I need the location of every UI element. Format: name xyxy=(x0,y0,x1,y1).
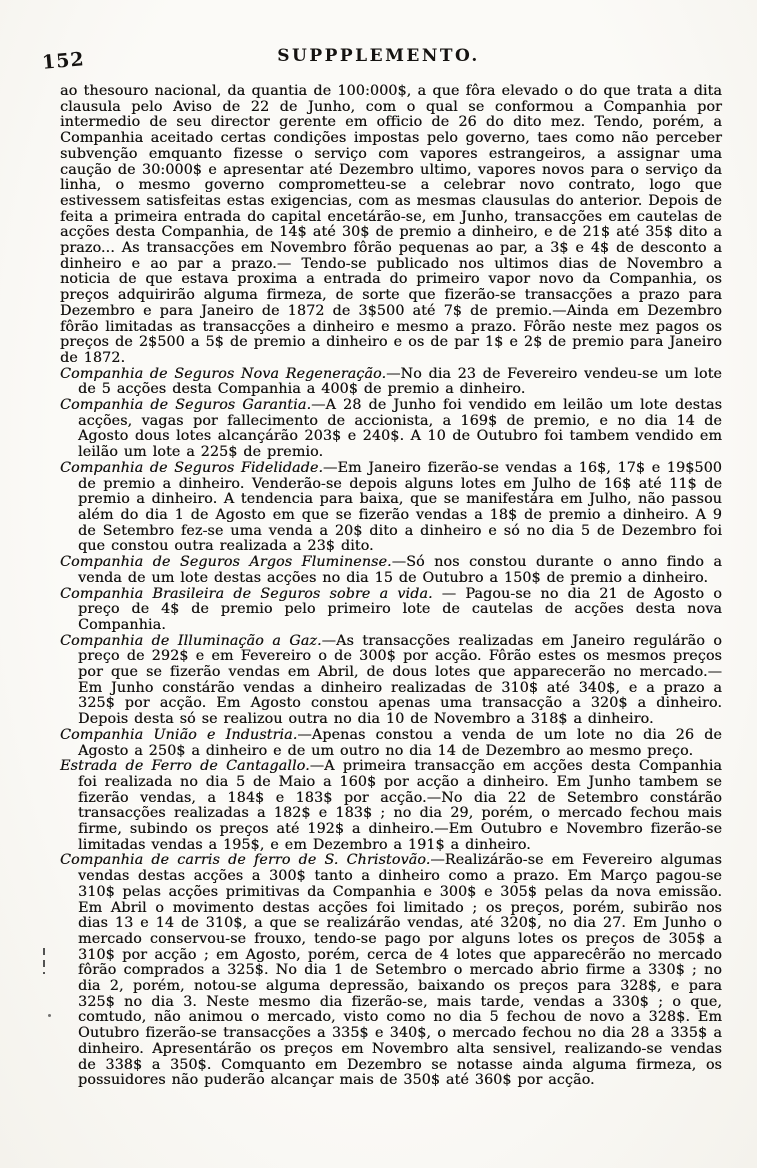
entry-paragraph: Companhia de Illuminação a Gaz.—As trans… xyxy=(60,634,722,728)
company-name: Estrada de Ferro de Cantagallo. xyxy=(60,758,310,774)
intro-paragraph: ao thesouro nacional, da quantia de 100:… xyxy=(60,84,722,367)
entry-paragraph: Companhia União e Industria.—Apenas cons… xyxy=(60,728,722,759)
margin-dot xyxy=(48,1014,51,1017)
company-name: Companhia de Illuminação a Gaz. xyxy=(60,633,322,649)
scanned-page: 152 SUPPPLEMENTO. ao thesouro nacional, … xyxy=(0,0,757,1168)
entry-paragraph: Companhia de Seguros Fidelidade.—Em Jane… xyxy=(60,461,722,555)
entry-paragraph: Companhia de Seguros Argos Fluminense.—S… xyxy=(60,555,722,586)
company-name: Companhia União e Industria. xyxy=(60,727,297,743)
entry-paragraph: Estrada de Ferro de Cantagallo.—A primei… xyxy=(60,759,722,853)
company-name: Companhia de Seguros Garantia. xyxy=(60,397,311,413)
entry-paragraph: Companhia de Seguros Garantia.—A 28 de J… xyxy=(60,398,722,461)
company-name: Companhia de Seguros Argos Fluminense. xyxy=(60,554,392,570)
company-name: Companhia de carris de ferro de S. Chris… xyxy=(60,852,430,868)
entry-paragraph: Companhia Brasileira de Seguros sobre a … xyxy=(60,587,722,634)
body-text: ao thesouro nacional, da quantia de 100:… xyxy=(60,84,722,1089)
company-name: Companhia de Seguros Fidelidade. xyxy=(60,460,323,476)
entry-paragraph: Companhia de Seguros Nova Regeneração.—N… xyxy=(60,367,722,398)
running-header: SUPPPLEMENTO. xyxy=(0,46,757,66)
entry-paragraph: Companhia de carris de ferro de S. Chris… xyxy=(60,853,722,1089)
company-name: Companhia Brasileira de Seguros sobre a … xyxy=(60,586,433,602)
company-name: Companhia de Seguros Nova Regeneração. xyxy=(60,366,386,382)
entry-text: —Realizárão-se em Fevereiro algumas vend… xyxy=(78,852,722,1088)
margin-mark xyxy=(43,948,45,974)
